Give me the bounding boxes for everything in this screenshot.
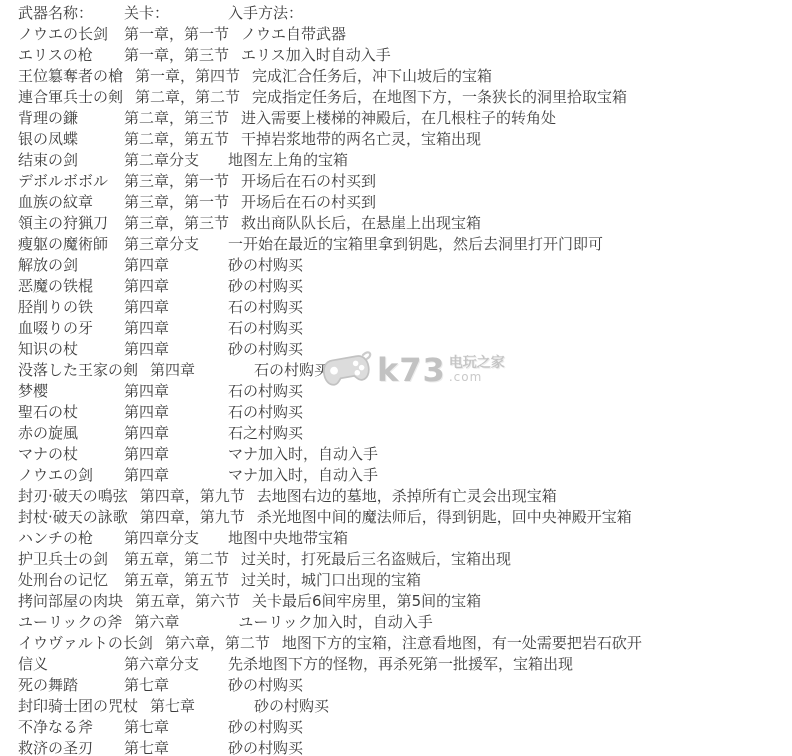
table-row: ユーリックの斧 第六章 ユーリック加入时，自动入手 (0, 612, 792, 633)
weapon-name: イウヴァルトの长剑 (18, 633, 165, 654)
method-text: マナ加入时，自动入手 (228, 465, 378, 486)
stage-label: 第七章 (150, 696, 254, 717)
method-text: 地图左上角的宝箱 (228, 150, 348, 171)
table-row: 赤の旋風 第四章 石之村购买 (0, 423, 792, 444)
weapon-name: ノウエの剑 (18, 465, 124, 486)
table-row: イウヴァルトの长剑 第六章，第二节 地图下方的宝箱，注意看地图，有一处需要把岩石… (0, 633, 792, 654)
weapon-name: 背理の鎌 (18, 108, 124, 129)
weapon-name: 救济の圣刃 (18, 738, 124, 756)
weapon-name: 赤の旋風 (18, 423, 124, 444)
weapon-name: 拷问部屋の肉块 (18, 591, 135, 612)
stage-label: 第二章，第五节 (124, 129, 241, 150)
weapon-name: 連合軍兵士の剣 (18, 87, 135, 108)
stage-label: 第三章，第三节 (124, 213, 241, 234)
table-row: 王位簒奪者の槍 第一章，第四节 完成汇合任务后，冲下山坡后的宝箱 (0, 66, 792, 87)
table-row: ノウエの剑 第四章 マナ加入时，自动入手 (0, 465, 792, 486)
table-row: 解放の剑 第四章 砂の村购买 (0, 255, 792, 276)
weapon-name: 封杖·破天の詠歌 (18, 507, 140, 528)
weapon-name: 知识の杖 (18, 339, 124, 360)
stage-label: 第五章，第五节 (124, 570, 241, 591)
table-row: 没落した王家の剣 第四章 石の村购买 (0, 360, 792, 381)
weapon-name: 死の舞踏 (18, 675, 124, 696)
method-text: 过关时，城门口出现的宝箱 (241, 570, 421, 591)
method-text: 砂の村购买 (228, 276, 303, 297)
stage-label: 第四章 (124, 444, 228, 465)
stage-label: 第四章 (124, 297, 228, 318)
table-header: 武器名称： 关卡： 入手方法： (0, 3, 792, 24)
stage-label: 第五章，第六节 (135, 591, 252, 612)
stage-label: 第三章分支 (124, 234, 228, 255)
method-text: 石の村购买 (228, 318, 303, 339)
method-text: 砂の村购买 (228, 255, 303, 276)
method-text: 地图中央地带宝箱 (228, 528, 348, 549)
method-text: 干掉岩浆地带的两名亡灵，宝箱出现 (241, 129, 481, 150)
stage-label: 第四章 (150, 360, 254, 381)
table-row: 护卫兵士の剑 第五章，第二节 过关时，打死最后三名盗贼后，宝箱出现 (0, 549, 792, 570)
method-text: 关卡最后6间牢房里，第5间的宝箱 (252, 591, 481, 612)
table-row: 信义 第六章分支 先杀地图下方的怪物，再杀死第一批援军，宝箱出现 (0, 654, 792, 675)
table-row: 胫削りの铁 第四章 石の村购买 (0, 297, 792, 318)
stage-label: 第四章 (124, 339, 228, 360)
table-row: 封刃·破天の鳴弦 第四章，第九节 去地图右边的墓地，杀掉所有亡灵会出现宝箱 (0, 486, 792, 507)
table-row: 血族の紋章 第三章，第一节 开场后在石の村买到 (0, 192, 792, 213)
weapon-name: 处刑台の记忆 (18, 570, 124, 591)
table-row: 瘦躯の魔術師 第三章分支 一开始在最近的宝箱里拿到钥匙，然后去洞里打开门即可 (0, 234, 792, 255)
table-row: エリスの枪 第一章，第三节 エリス加入时自动入手 (0, 45, 792, 66)
method-text: 完成汇合任务后，冲下山坡后的宝箱 (252, 66, 492, 87)
weapon-table: ノウエの长剑 第一章，第一节 ノウエ自带武器 エリスの枪 第一章，第三节 エリス… (0, 24, 792, 756)
stage-label: 第四章，第九节 (140, 507, 257, 528)
weapon-name: 封刃·破天の鳴弦 (18, 486, 140, 507)
stage-label: 第五章，第二节 (124, 549, 241, 570)
stage-label: 第四章，第九节 (140, 486, 257, 507)
table-row: 聖石の杖 第四章 石の村购买 (0, 402, 792, 423)
stage-label: 第二章，第二节 (135, 87, 252, 108)
weapon-name: ユーリックの斧 (18, 612, 134, 633)
stage-label: 第一章，第四节 (135, 66, 252, 87)
method-text: 去地图右边的墓地，杀掉所有亡灵会出现宝箱 (257, 486, 557, 507)
table-row: 不净なる斧 第七章 砂の村购买 (0, 717, 792, 738)
weapon-guide-page: 武器名称： 关卡： 入手方法： ノウエの长剑 第一章，第一节 ノウエ自带武器 エ… (0, 0, 792, 756)
method-text: 砂の村购买 (228, 339, 303, 360)
weapon-name: 梦樱 (18, 381, 124, 402)
table-row: 梦樱 第四章 石の村购买 (0, 381, 792, 402)
weapon-name: 胫削りの铁 (18, 297, 124, 318)
stage-label: 第六章分支 (124, 654, 228, 675)
method-text: 开场后在石の村买到 (241, 171, 376, 192)
header-stage: 关卡： (124, 3, 228, 24)
table-row: 处刑台の记忆 第五章，第五节 过关时，城门口出现的宝箱 (0, 570, 792, 591)
method-text: 一开始在最近的宝箱里拿到钥匙，然后去洞里打开门即可 (228, 234, 603, 255)
stage-label: 第二章，第三节 (124, 108, 241, 129)
method-text: 砂の村购买 (228, 717, 303, 738)
stage-label: 第一章，第三节 (124, 45, 241, 66)
table-row: ハンチの枪 第四章分支 地图中央地带宝箱 (0, 528, 792, 549)
table-row: 死の舞踏 第七章 砂の村购买 (0, 675, 792, 696)
stage-label: 第四章 (124, 423, 228, 444)
weapon-name: 血啜りの牙 (18, 318, 124, 339)
stage-label: 第六章 (134, 612, 238, 633)
weapon-name: 结束の剑 (18, 150, 124, 171)
weapon-name: 护卫兵士の剑 (18, 549, 124, 570)
method-text: ユーリック加入时，自动入手 (238, 612, 432, 633)
method-text: 进入需要上楼梯的神殿后，在几根柱子的转角处 (241, 108, 556, 129)
stage-label: 第一章，第一节 (124, 24, 241, 45)
table-row: 連合軍兵士の剣 第二章，第二节 完成指定任务后，在地图下方，一条狭长的洞里拾取宝… (0, 87, 792, 108)
stage-label: 第四章 (124, 255, 228, 276)
stage-label: 第七章 (124, 717, 228, 738)
method-text: 完成指定任务后，在地图下方，一条狭长的洞里拾取宝箱 (252, 87, 627, 108)
weapon-name: 聖石の杖 (18, 402, 124, 423)
weapon-name: 不净なる斧 (18, 717, 124, 738)
table-row: 血啜りの牙 第四章 石の村购买 (0, 318, 792, 339)
method-text: 石の村购买 (254, 360, 329, 381)
weapon-name: 瘦躯の魔術師 (18, 234, 124, 255)
weapon-name: ノウエの长剑 (18, 24, 124, 45)
method-text: 地图下方的宝箱，注意看地图，有一处需要把岩石砍开 (282, 633, 642, 654)
method-text: ノウエ自带武器 (241, 24, 346, 45)
weapon-name: デボルボボル (18, 171, 124, 192)
table-row: 结束の剑 第二章分支 地图左上角的宝箱 (0, 150, 792, 171)
method-text: エリス加入时自动入手 (241, 45, 391, 66)
table-row: 封杖·破天の詠歌 第四章，第九节 杀光地图中间的魔法师后，得到钥匙，回中央神殿开… (0, 507, 792, 528)
weapon-name: 解放の剑 (18, 255, 124, 276)
stage-label: 第四章 (124, 318, 228, 339)
stage-label: 第四章 (124, 402, 228, 423)
stage-label: 第四章 (124, 465, 228, 486)
stage-label: 第七章 (124, 675, 228, 696)
method-text: 杀光地图中间的魔法师后，得到钥匙，回中央神殿开宝箱 (257, 507, 632, 528)
method-text: 先杀地图下方的怪物，再杀死第一批援军，宝箱出现 (228, 654, 573, 675)
stage-label: 第三章，第一节 (124, 171, 241, 192)
method-text: 开场后在石の村买到 (241, 192, 376, 213)
header-method: 入手方法： (228, 3, 303, 24)
table-row: 拷问部屋の肉块 第五章，第六节 关卡最后6间牢房里，第5间的宝箱 (0, 591, 792, 612)
stage-label: 第四章 (124, 381, 228, 402)
table-row: 恶魔の铁棍 第四章 砂の村购买 (0, 276, 792, 297)
weapon-name: マナの杖 (18, 444, 124, 465)
weapon-name: 血族の紋章 (18, 192, 124, 213)
stage-label: 第七章 (124, 738, 228, 756)
method-text: 石の村购买 (228, 402, 303, 423)
method-text: 砂の村购买 (228, 738, 303, 756)
table-row: デボルボボル 第三章，第一节 开场后在石の村买到 (0, 171, 792, 192)
method-text: 石の村购买 (228, 381, 303, 402)
weapon-name: 王位簒奪者の槍 (18, 66, 135, 87)
stage-label: 第二章分支 (124, 150, 228, 171)
stage-label: 第四章 (124, 276, 228, 297)
weapon-name: エリスの枪 (18, 45, 124, 66)
method-text: 救出商队队长后，在悬崖上出现宝箱 (241, 213, 481, 234)
weapon-name: 恶魔の铁棍 (18, 276, 124, 297)
method-text: 过关时，打死最后三名盗贼后，宝箱出现 (241, 549, 511, 570)
method-text: 石之村购买 (228, 423, 303, 444)
table-row: 知识の杖 第四章 砂の村购买 (0, 339, 792, 360)
stage-label: 第六章，第二节 (165, 633, 282, 654)
weapon-name: 封印骑士团の咒杖 (18, 696, 150, 717)
method-text: マナ加入时，自动入手 (228, 444, 378, 465)
table-row: 救济の圣刃 第七章 砂の村购买 (0, 738, 792, 756)
stage-label: 第四章分支 (124, 528, 228, 549)
weapon-name: 領主の狩猟刀 (18, 213, 124, 234)
header-weapon-name: 武器名称： (18, 3, 124, 24)
table-row: 領主の狩猟刀 第三章，第三节 救出商队队长后，在悬崖上出现宝箱 (0, 213, 792, 234)
table-row: マナの杖 第四章 マナ加入时，自动入手 (0, 444, 792, 465)
weapon-name: ハンチの枪 (18, 528, 124, 549)
table-row: ノウエの长剑 第一章，第一节 ノウエ自带武器 (0, 24, 792, 45)
method-text: 砂の村购买 (228, 675, 303, 696)
table-row: 背理の鎌 第二章，第三节 进入需要上楼梯的神殿后，在几根柱子的转角处 (0, 108, 792, 129)
weapon-name: 银の凤蝶 (18, 129, 124, 150)
method-text: 砂の村购买 (254, 696, 329, 717)
weapon-name: 没落した王家の剣 (18, 360, 150, 381)
table-row: 银の凤蝶 第二章，第五节 干掉岩浆地带的两名亡灵，宝箱出现 (0, 129, 792, 150)
weapon-name: 信义 (18, 654, 124, 675)
table-row: 封印骑士团の咒杖 第七章 砂の村购买 (0, 696, 792, 717)
method-text: 石の村购买 (228, 297, 303, 318)
stage-label: 第三章，第一节 (124, 192, 241, 213)
